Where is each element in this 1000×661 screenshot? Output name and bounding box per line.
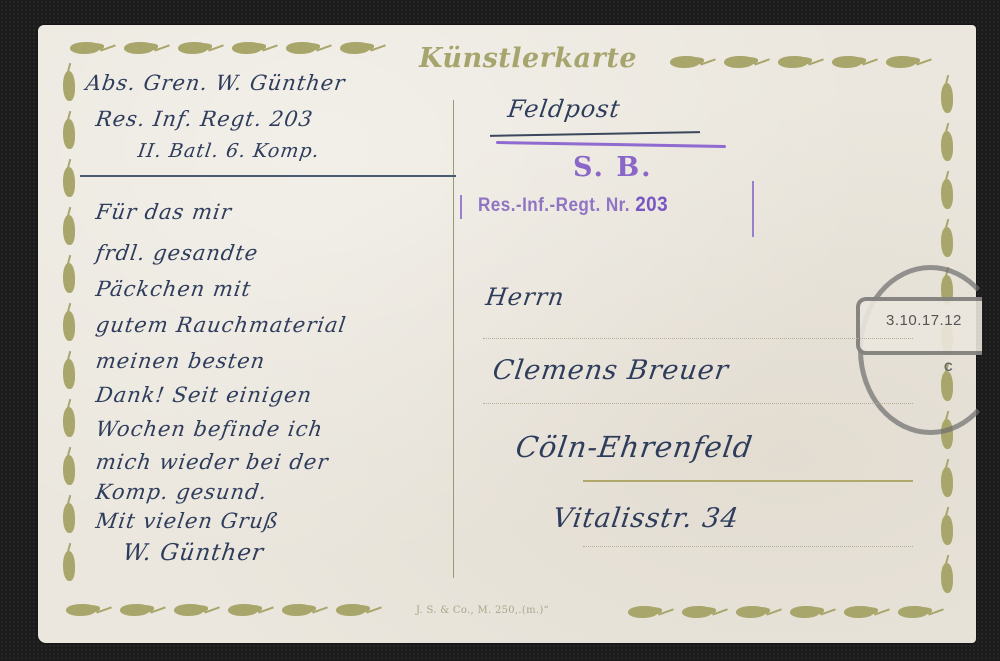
oak-leaf-icon <box>832 55 880 69</box>
stamp-right-edge <box>752 181 754 237</box>
recipient-street: Vitalisstr. 34 <box>551 503 741 534</box>
unit-stamp-regiment: Res.-Inf.-Regt. Nr. 203 <box>478 193 668 217</box>
oak-leaf-icon <box>790 605 838 619</box>
oak-leaf-icon <box>62 159 76 199</box>
recipient-salutation: Herrn <box>484 283 566 311</box>
postmark-letter: C <box>944 360 953 374</box>
oak-leaf-icon <box>70 41 118 55</box>
oak-leaf-icon <box>670 55 718 69</box>
message-line: meinen besten <box>94 349 267 373</box>
sender-line-1: Abs. Gren. W. Günther <box>84 71 347 95</box>
unit-stamp-regiment-number: 203 <box>635 193 668 216</box>
address-line-2 <box>483 403 913 404</box>
oak-leaf-icon <box>940 171 954 211</box>
feldpost-note: Feldpost <box>506 95 622 123</box>
message-line: Für das mir <box>94 200 233 224</box>
oak-leaf-icon <box>724 55 772 69</box>
stamp-left-edge <box>460 195 462 219</box>
unit-stamp-title: S. B. <box>573 152 653 183</box>
message-line: Wochen befinde ich <box>94 417 325 441</box>
oak-leaf-icon <box>62 111 76 151</box>
oak-leaf-icon <box>228 603 276 617</box>
oak-leaf-icon <box>682 605 730 619</box>
message-line: Dank! Seit einigen <box>94 383 314 407</box>
printed-title: Künstlerkarte <box>408 43 648 74</box>
oak-leaf-border-bottom-left <box>66 603 384 617</box>
printer-imprint: J. S. & Co., M. 250,.(m.)“ <box>416 605 549 616</box>
oak-leaf-icon <box>286 41 334 55</box>
oak-leaf-icon <box>940 459 954 499</box>
oak-leaf-border-top-left <box>70 41 388 55</box>
oak-leaf-icon <box>62 303 76 343</box>
oak-leaf-icon <box>736 605 784 619</box>
message-line: mich wieder bei der <box>94 450 330 474</box>
message-line: Päckchen mit <box>94 277 253 301</box>
sender-underline <box>80 175 456 177</box>
recipient-city: Cöln-Ehrenfeld <box>514 430 755 464</box>
postcard-back: Künstlerkarte Abs. Gren. W. Günther Res.… <box>38 25 976 643</box>
oak-leaf-icon <box>628 605 676 619</box>
oak-leaf-icon <box>886 55 934 69</box>
address-line-4 <box>583 546 913 547</box>
oak-leaf-border-top-right <box>670 55 934 69</box>
oak-leaf-icon <box>940 219 954 259</box>
oak-leaf-icon <box>340 41 388 55</box>
oak-leaf-icon <box>940 75 954 115</box>
oak-leaf-border-left <box>62 63 76 583</box>
oak-leaf-icon <box>174 603 222 617</box>
vertical-divider <box>453 100 454 578</box>
signature: W. Günther <box>121 540 266 566</box>
oak-leaf-icon <box>778 55 826 69</box>
oak-leaf-icon <box>124 41 172 55</box>
oak-leaf-icon <box>336 603 384 617</box>
message-line: Komp. gesund. <box>94 480 269 504</box>
oak-leaf-icon <box>940 507 954 547</box>
oak-leaf-icon <box>844 605 892 619</box>
oak-leaf-icon <box>940 555 954 595</box>
oak-leaf-icon <box>62 447 76 487</box>
address-line-1 <box>483 338 913 339</box>
oak-leaf-icon <box>66 603 114 617</box>
oak-leaf-icon <box>232 41 280 55</box>
oak-leaf-icon <box>282 603 330 617</box>
oak-leaf-icon <box>178 41 226 55</box>
message-line: gutem Rauchmaterial <box>94 313 348 337</box>
oak-leaf-icon <box>62 255 76 295</box>
unit-stamp-regiment-prefix: Res.-Inf.-Regt. Nr. <box>478 195 630 216</box>
oak-leaf-icon <box>120 603 168 617</box>
message-line: frdl. gesandte <box>94 241 260 265</box>
oak-leaf-icon <box>62 63 76 103</box>
oak-leaf-icon <box>62 351 76 391</box>
oak-leaf-border-bottom-right <box>628 605 946 619</box>
sender-line-2: Res. Inf. Regt. 203 <box>94 107 314 131</box>
postmark-date: 3.10.17.12 <box>886 312 962 329</box>
recipient-name: Clemens Breuer <box>491 355 731 386</box>
feldpost-underline <box>490 131 700 137</box>
oak-leaf-icon <box>62 543 76 583</box>
stamp-top-bar <box>496 141 726 148</box>
address-line-3 <box>583 480 913 482</box>
oak-leaf-icon <box>62 399 76 439</box>
message-line: Mit vielen Gruß <box>94 509 280 533</box>
oak-leaf-icon <box>62 207 76 247</box>
oak-leaf-icon <box>62 495 76 535</box>
oak-leaf-icon <box>940 123 954 163</box>
oak-leaf-icon <box>898 605 946 619</box>
sender-line-3: II. Batl. 6. Komp. <box>136 140 321 162</box>
